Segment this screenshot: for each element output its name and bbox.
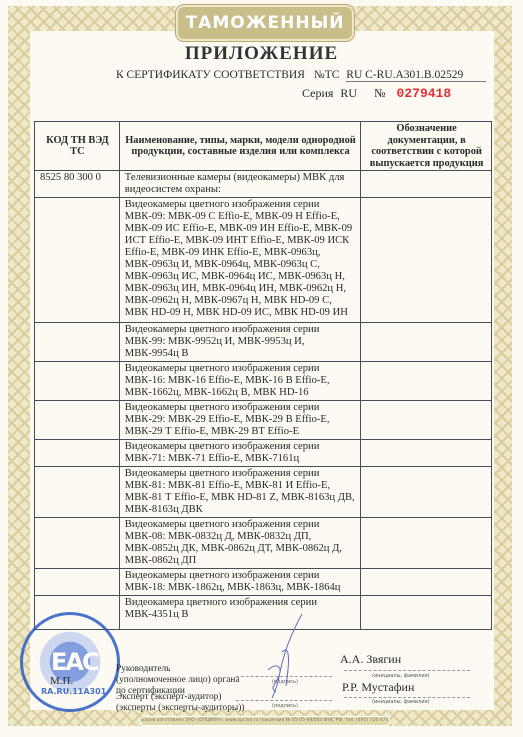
cell-doc [361, 198, 492, 323]
cell-name: Видеокамера цветного изображения серии М… [119, 596, 360, 630]
serial-label: № [374, 86, 385, 100]
certificate-line: К СЕРТИФИКАТУ СООТВЕТСТВИЯ №ТС RU C-RU.A… [116, 69, 486, 82]
print-note: Бланк изготовлен ЗАО «ОПЦИОН», www.opcio… [140, 716, 390, 726]
cell-name: Видеокамеры цветного изображения серии М… [119, 467, 360, 518]
table-row: Видеокамеры цветного изображения серии М… [35, 440, 492, 467]
certificate-label: К СЕРТИФИКАТУ СООТВЕТСТВИЯ [116, 69, 305, 81]
serial-number: 0279418 [397, 86, 452, 101]
cell-name: Телевизионные камеры (видеокамеры) МВК д… [119, 171, 360, 198]
cell-name: Видеокамеры цветного изображения серии М… [119, 401, 360, 440]
cell-doc [361, 569, 492, 596]
cell-code [35, 467, 120, 518]
cell-code [35, 440, 120, 467]
table-row: Видеокамеры цветного изображения серии М… [35, 198, 492, 323]
products-table: КОД ТН ВЭД ТС Наименование, типы, марки,… [34, 121, 492, 630]
stamp-code: RA.RU.11A301 [41, 687, 106, 696]
expert-name-caption: (инициалы, фамилия) [372, 699, 430, 705]
cell-code [35, 401, 120, 440]
page-title: ПРИЛОЖЕНИЕ [0, 43, 523, 65]
certificate-number: RU C-RU.A301.B.02529 [346, 69, 486, 82]
table-row: Видеокамеры цветного изображения серии М… [35, 569, 492, 596]
cell-name: Видеокамеры цветного изображения серии М… [119, 440, 360, 467]
customs-union-banner: ТАМОЖЕННЫЙ СОЮЗ [176, 5, 354, 41]
cell-doc [361, 362, 492, 401]
certification-stamp: EAC RA.RU.11A301 [20, 612, 120, 712]
tc-number-label: №ТС [314, 69, 340, 81]
cell-name: Видеокамеры цветного изображения серии М… [119, 198, 360, 323]
cell-code [35, 323, 120, 362]
cell-name: Видеокамеры цветного изображения серии М… [119, 323, 360, 362]
table-row: 8525 80 300 0Телевизионные камеры (видео… [35, 171, 492, 198]
signature-icon [262, 612, 308, 702]
series-value: RU [340, 86, 357, 100]
cell-doc [361, 171, 492, 198]
table-row: Видеокамеры цветного изображения серии М… [35, 362, 492, 401]
expert-signature-caption: (подпись) [272, 703, 298, 709]
cell-name: Видеокамеры цветного изображения серии М… [119, 569, 360, 596]
head-name-line [344, 670, 470, 671]
header-doc: Обозначение документации, в соответствии… [361, 122, 492, 171]
cell-doc [361, 440, 492, 467]
cell-doc [361, 518, 492, 569]
cell-code [35, 362, 120, 401]
head-name-caption: (инициалы, фамилия) [372, 673, 430, 679]
cell-name: Видеокамеры цветного изображения серии М… [119, 362, 360, 401]
cell-name: Видеокамеры цветного изображения серии М… [119, 518, 360, 569]
series-line: Серия RU № 0279418 [302, 86, 451, 101]
table-row: Видеокамеры цветного изображения серии М… [35, 323, 492, 362]
cell-code [35, 518, 120, 569]
cell-doc [361, 467, 492, 518]
cell-code: 8525 80 300 0 [35, 171, 120, 198]
table-row: Видеокамеры цветного изображения серии М… [35, 467, 492, 518]
expert-name-line [344, 697, 470, 698]
cell-code [35, 569, 120, 596]
header-name: Наименование, типы, марки, модели одноро… [119, 122, 360, 171]
seal-place-label: М.П. [50, 676, 73, 687]
cell-doc [361, 401, 492, 440]
expert-name: Р.Р. Мустафин [342, 682, 414, 693]
series-label: Серия [302, 86, 333, 100]
cell-doc [361, 596, 492, 630]
header-code: КОД ТН ВЭД ТС [35, 122, 120, 171]
head-name: А.А. Звягин [340, 654, 401, 665]
cell-code [35, 198, 120, 323]
table-row: Видеокамеры цветного изображения серии М… [35, 518, 492, 569]
table-row: Видеокамеры цветного изображения серии М… [35, 401, 492, 440]
cell-doc [361, 323, 492, 362]
expert-label: Эксперт (эксперт-аудитор) (эксперты (экс… [116, 692, 256, 714]
